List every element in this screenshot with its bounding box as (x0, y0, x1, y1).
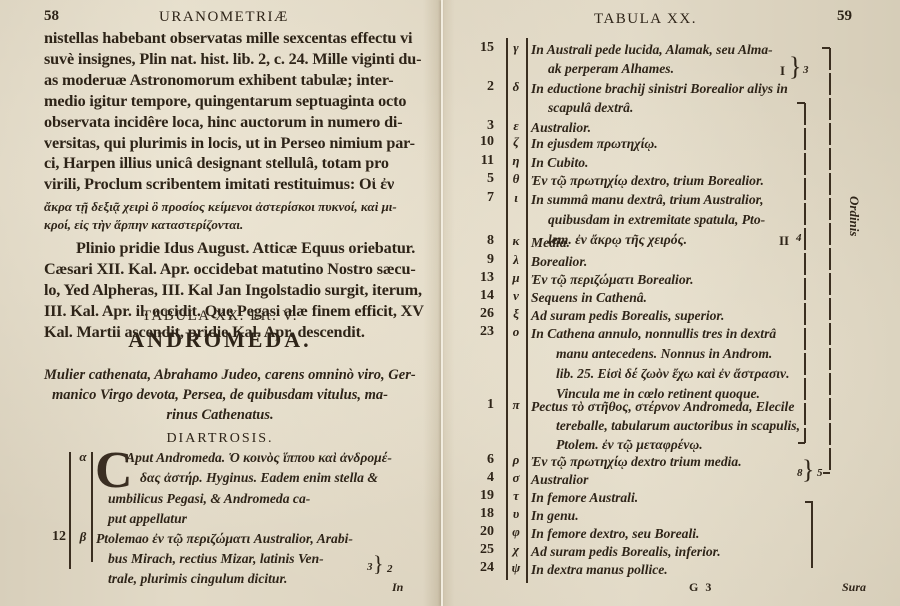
entry-line: Sequens in Cathenâ. (531, 288, 647, 308)
bracket-cap (798, 442, 805, 444)
entry-line: Pectus τὸ στῆθος, στέρνον Andromeda, Ele… (531, 397, 794, 417)
star-letter: β (76, 529, 90, 545)
left-page: 58 URANOMETRIÆ nistellas habebant observ… (0, 0, 440, 606)
entry-line: In Australi pede lucida, Alamak, seu Alm… (531, 40, 773, 60)
left-running-head: URANOMETRIÆ (159, 9, 289, 26)
text-line: versitas, qui plurimis in locis, ut in P… (44, 133, 415, 154)
star-letter: η (509, 153, 523, 169)
star-number: 18 (464, 506, 494, 522)
entry-line: quibusdam in extremitate spatula, Pto- (548, 210, 765, 230)
entry-line: In summâ manu dextrâ, trium Australior, (531, 190, 764, 210)
entry-line: δας ἀστήρ. Hyginus. Eadem enim stella & (140, 468, 378, 488)
star-letter: μ (509, 270, 523, 286)
brace-mark: } (789, 52, 801, 82)
star-letter: ξ (509, 306, 523, 322)
entry-line: In femore Australi. (531, 488, 638, 508)
star-letter: ι (509, 190, 523, 206)
entry-line: Ἐν τῷ πρωτηχίῳ dextro trium media. (531, 452, 742, 472)
star-number: 5 (464, 171, 494, 187)
star-number: 15 (464, 40, 494, 56)
bracket-rule (811, 502, 813, 568)
star-number: 25 (464, 542, 494, 558)
right-folio-number: 59 (837, 8, 852, 25)
text-line: nistellas habebant observatas mille sexc… (44, 28, 412, 49)
bracket-rule (829, 48, 831, 473)
star-letter: ε (509, 118, 523, 134)
text-line: Cæsari XII. Kal. Apr. occidebat matutino… (44, 259, 416, 280)
star-letter: ο (509, 324, 523, 340)
star-number: 11 (464, 153, 494, 169)
entry-line: In Cubito. (531, 153, 588, 173)
star-number: 26 (464, 306, 494, 322)
star-number: 10 (464, 134, 494, 150)
star-number: 2 (464, 79, 494, 95)
catchword: Sura (842, 580, 866, 595)
text-line: as moderuæ Astronomorum exhibent tabulæ;… (44, 70, 394, 91)
entry-line: Media. (531, 233, 570, 253)
star-letter: κ (509, 233, 523, 249)
star-letter: ψ (509, 560, 523, 576)
entry-line: ak perperam Alhames. (548, 59, 674, 79)
text-line: ci, Harpen illius unicâ designant stellu… (44, 153, 389, 174)
entry-line: umbilicus Pegasi, & Andromeda ca- (108, 489, 310, 509)
star-letter: σ (509, 470, 523, 486)
star-letter: π (509, 397, 523, 413)
signature-mark: G 3 (689, 580, 713, 595)
star-number: 9 (464, 252, 494, 268)
brace-mark: } (373, 551, 384, 577)
star-letter: ν (509, 288, 523, 304)
star-number: 3 (464, 118, 494, 134)
star-letter: τ (509, 488, 523, 504)
entry-line: Australior (531, 470, 588, 490)
right-page: TABULA XX. 59 15 γ In Australi pede luci… (444, 0, 900, 606)
description-line: rinus Cathenatus. (0, 405, 440, 425)
entry-line: Ad suram pedis Borealis, inferior. (531, 542, 721, 562)
text-line: observata incidêre loca, hinc auctorum i… (44, 112, 403, 133)
entry-line: bus Mirach, rectius Mizar, latinis Ven- (108, 549, 324, 569)
star-number: 6 (464, 452, 494, 468)
entry-line: Borealior. (531, 252, 587, 272)
star-number: 12 (36, 529, 66, 545)
text-line: suvè insignes, Plin nat. hist. lib. 2, c… (44, 49, 421, 70)
bracket-cap (822, 47, 830, 49)
entry-line: scapulâ dextrâ. (548, 98, 633, 118)
bracket-cap (797, 102, 805, 104)
star-letter: α (76, 449, 90, 465)
star-letter: υ (509, 506, 523, 522)
constellation-title: ANDROMEDA. (0, 327, 440, 353)
star-number: 4 (464, 470, 494, 486)
star-letter: γ (509, 40, 523, 56)
entry-line: lib. 25. Εἰσὶ δέ ζωὸν ἔχω καὶ ἐν ἄστρασι… (556, 364, 790, 384)
star-number: 19 (464, 488, 494, 504)
catchword: In (392, 580, 403, 595)
ordinis-side-label: Ordinis (846, 196, 862, 236)
bracket-cap (805, 501, 813, 503)
entry-line: In ejusdem πρωτηχίῳ. (531, 134, 658, 154)
star-letter: φ (509, 524, 523, 540)
magnitude-mark: 3 (367, 561, 373, 573)
star-number: 20 (464, 524, 494, 540)
table-rule (69, 452, 71, 569)
description-line: Mulier cathenata, Abrahamo Judeo, carens… (44, 365, 416, 385)
entry-line: put appellatur (108, 509, 187, 529)
star-number: 13 (464, 270, 494, 286)
star-letter: θ (509, 171, 523, 187)
star-letter: δ (509, 79, 523, 95)
entry-line: In dextra manus pollice. (531, 560, 668, 580)
magnitude-mark: 3 (803, 64, 809, 76)
star-number: 23 (464, 324, 494, 340)
text-line: virili, Proclum scribentem imitati resti… (44, 174, 394, 195)
star-letter: ρ (509, 452, 523, 468)
table-rule (506, 38, 508, 580)
entry-line: manu antecedens. Nonnus in Androm. (556, 344, 772, 364)
tabula-heading: TABULA XX. Lit. V. (0, 308, 440, 325)
bracket-cap (823, 472, 830, 474)
table-rule (526, 38, 528, 583)
entry-line: Ἐν τῷ πρωτηχίῳ dextro, trium Borealior. (531, 171, 764, 191)
text-line: Plinio pridie Idus August. Atticæ Equus … (76, 238, 415, 259)
entry-line: In eductione brachij sinistri Borealior … (531, 79, 788, 99)
entry-line: Aput Andromeda. Ὁ κοινὸς ἵππου καὶ ἀνδρο… (126, 448, 392, 468)
star-letter: λ (509, 252, 523, 268)
star-number: 8 (464, 233, 494, 249)
section-heading: DIARTROSIS. (0, 431, 440, 447)
entry-line: In Cathena annulo, nonnullis tres in dex… (531, 324, 776, 344)
greek-quote-line: κροί, εἰς τὴν ἅρπην καταστερίζονται. (44, 216, 243, 234)
star-letter: ζ (509, 134, 523, 150)
greek-quote-line: ἄκρα τῇ δεξιᾷ χειρὶ ὃ προσίος κείμενοι ἀ… (44, 198, 397, 216)
magnitude-mark: I (780, 63, 785, 79)
text-line: lo, Yed Alpheras, III. Kal Jan Ingolstad… (44, 280, 422, 301)
description-line: manico Virgo devota, Persea, de quibusda… (0, 385, 440, 405)
entry-line: tereballe, tabularum auctoribus in scapu… (556, 416, 800, 436)
book-gutter (441, 0, 443, 606)
star-number: 24 (464, 560, 494, 576)
right-running-head: TABULA XX. (594, 11, 697, 28)
star-number: 14 (464, 288, 494, 304)
left-folio-number: 58 (44, 8, 59, 25)
entry-line: In femore dextro, seu Boreali. (531, 524, 699, 544)
text-line: medio igitur tempore, quingentarum septu… (44, 91, 406, 112)
magnitude-mark: 2 (387, 563, 393, 575)
entry-line: trale, plurimis cingulum dicitur. (108, 569, 287, 589)
entry-line: Ad suram pedis Borealis, superior. (531, 306, 724, 326)
magnitude-mark: II (779, 233, 789, 249)
magnitude-mark: 5 (817, 467, 823, 479)
star-number: 1 (464, 397, 494, 413)
star-letter: χ (509, 542, 523, 558)
entry-line: Ἐν τῷ περιζώματι Borealior. (531, 270, 694, 290)
brace-mark: } (802, 455, 814, 485)
entry-line: In genu. (531, 506, 579, 526)
star-number: 7 (464, 190, 494, 206)
bracket-rule (804, 103, 806, 443)
entry-line: Ptolemao ἐν τῷ περιζώματι Australior, Ar… (96, 529, 353, 549)
magnitude-mark: 4 (796, 232, 802, 244)
table-rule (91, 452, 93, 562)
